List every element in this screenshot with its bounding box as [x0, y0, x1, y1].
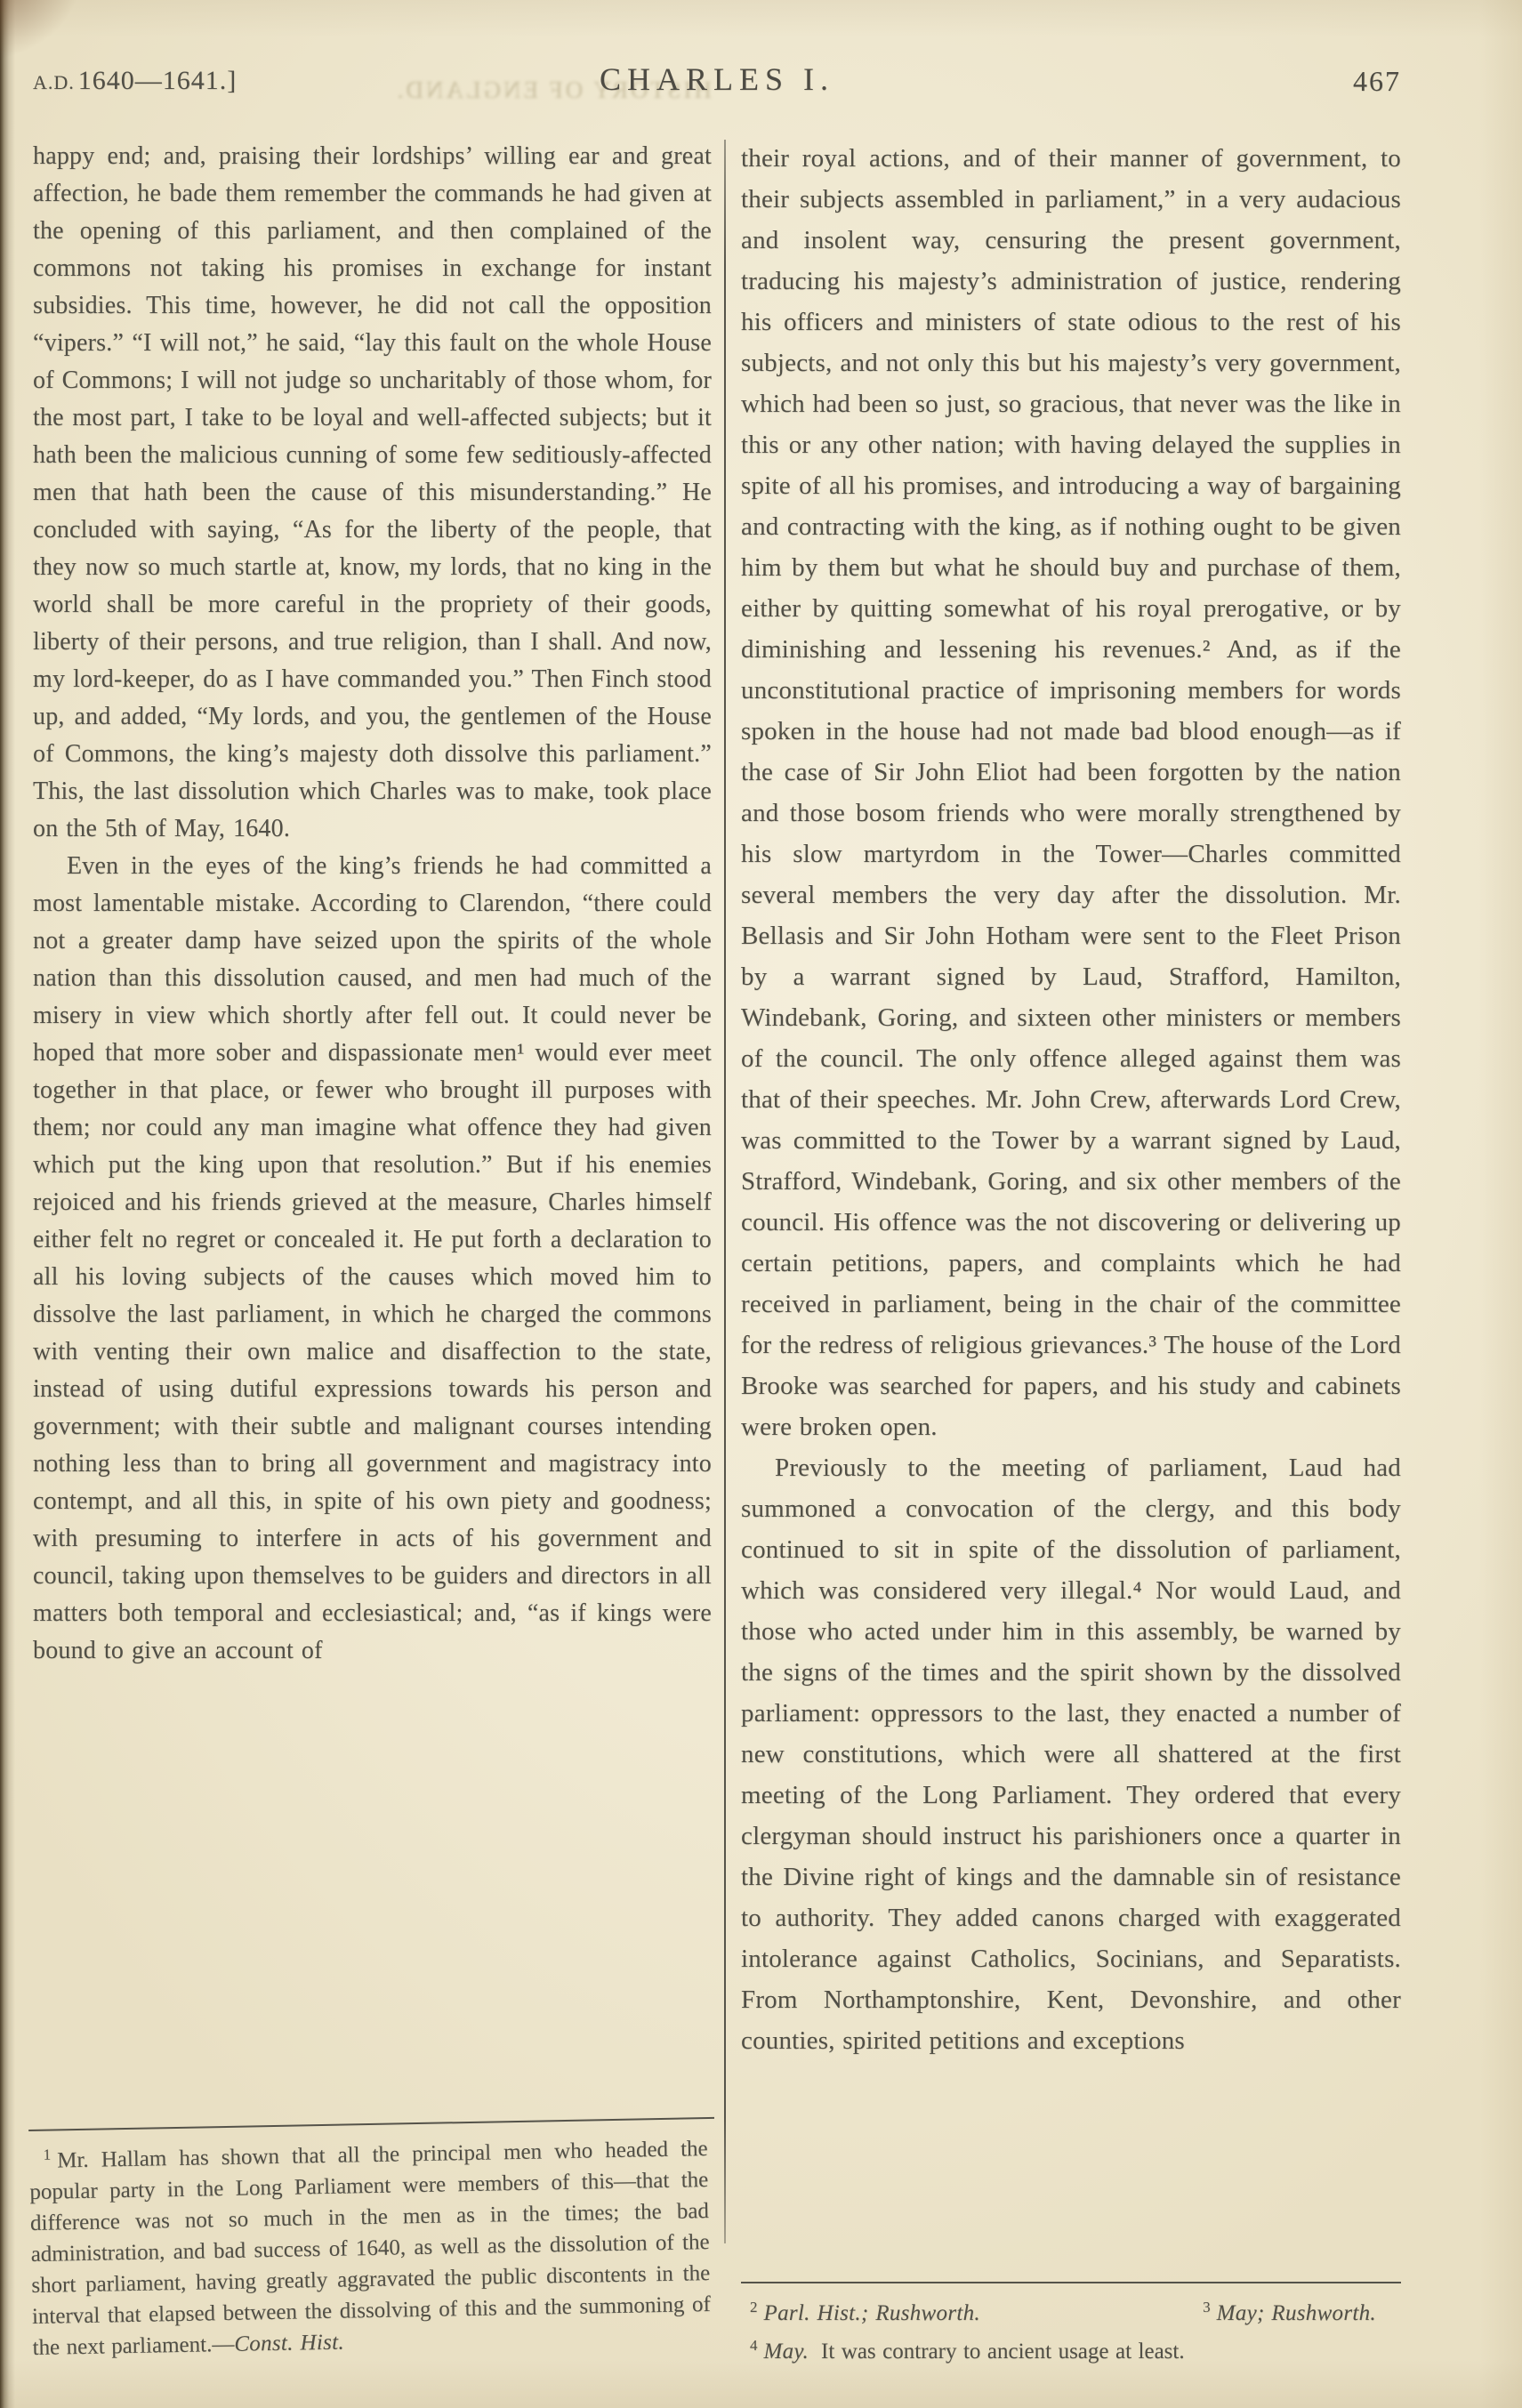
body-paragraph: their royal actions, and of their manner…	[741, 138, 1401, 1447]
running-title: CHARLES I.	[600, 60, 834, 98]
footnote-marker: 4	[750, 2337, 758, 2354]
column-left: happy end; and, praising their lordships…	[33, 138, 712, 2367]
header-date: A.D. 1640—1641.]	[33, 66, 237, 96]
footnote-marker: 1	[43, 2146, 51, 2162]
footnote: 3May; Rushworth.	[1203, 2298, 1376, 2329]
body-paragraph: Previously to the meeting of parliament,…	[741, 1447, 1401, 2061]
footnote: 2Parl. Hist.; Rushworth.	[750, 2298, 980, 2329]
footnote-separator	[741, 2282, 1401, 2283]
header-era: A.D.	[33, 71, 75, 93]
footnote-source: Const. Hist.	[234, 2331, 344, 2356]
body-paragraph: happy end; and, praising their lordships…	[33, 138, 712, 848]
footnote-text: May; Rushworth.	[1217, 2301, 1376, 2325]
body-paragraph: Even in the eyes of the king’s friends h…	[33, 848, 712, 1670]
footnote-source: May.	[764, 2340, 809, 2364]
footnote-separator	[28, 2117, 714, 2131]
book-page: HISTORY OF ENGLAND. A.D. 1640—1641.] CHA…	[0, 0, 1522, 2408]
page-number: 467	[1353, 65, 1401, 98]
column-divider-rule	[724, 140, 726, 2243]
footnote-block: 1Mr. Hallam has shown that all the princ…	[28, 2117, 712, 2367]
footnote-row: 2Parl. Hist.; Rushworth. 3May; Rushworth…	[741, 2298, 1401, 2329]
footnote-text: It was contrary to ancient usage at leas…	[821, 2340, 1185, 2364]
column-right: their royal actions, and of their manner…	[741, 138, 1401, 2367]
footnote: 4May.It was contrary to ancient usage at…	[741, 2336, 1401, 2367]
footnote-block: 2Parl. Hist.; Rushworth. 3May; Rushworth…	[741, 2282, 1401, 2367]
header-years: 1640—1641.]	[78, 66, 238, 95]
footnote-marker: 3	[1203, 2299, 1211, 2315]
footnote-text: Mr. Hallam has shown that all the princi…	[29, 2137, 711, 2360]
footnote-marker: 2	[750, 2299, 758, 2315]
footnote-text: Parl. Hist.; Rushworth.	[764, 2301, 980, 2325]
footnote: 1Mr. Hallam has shown that all the princ…	[28, 2133, 711, 2364]
text-columns: happy end; and, praising their lordships…	[33, 138, 1401, 2367]
page-header: A.D. 1640—1641.] CHARLES I. 467	[33, 52, 1401, 98]
